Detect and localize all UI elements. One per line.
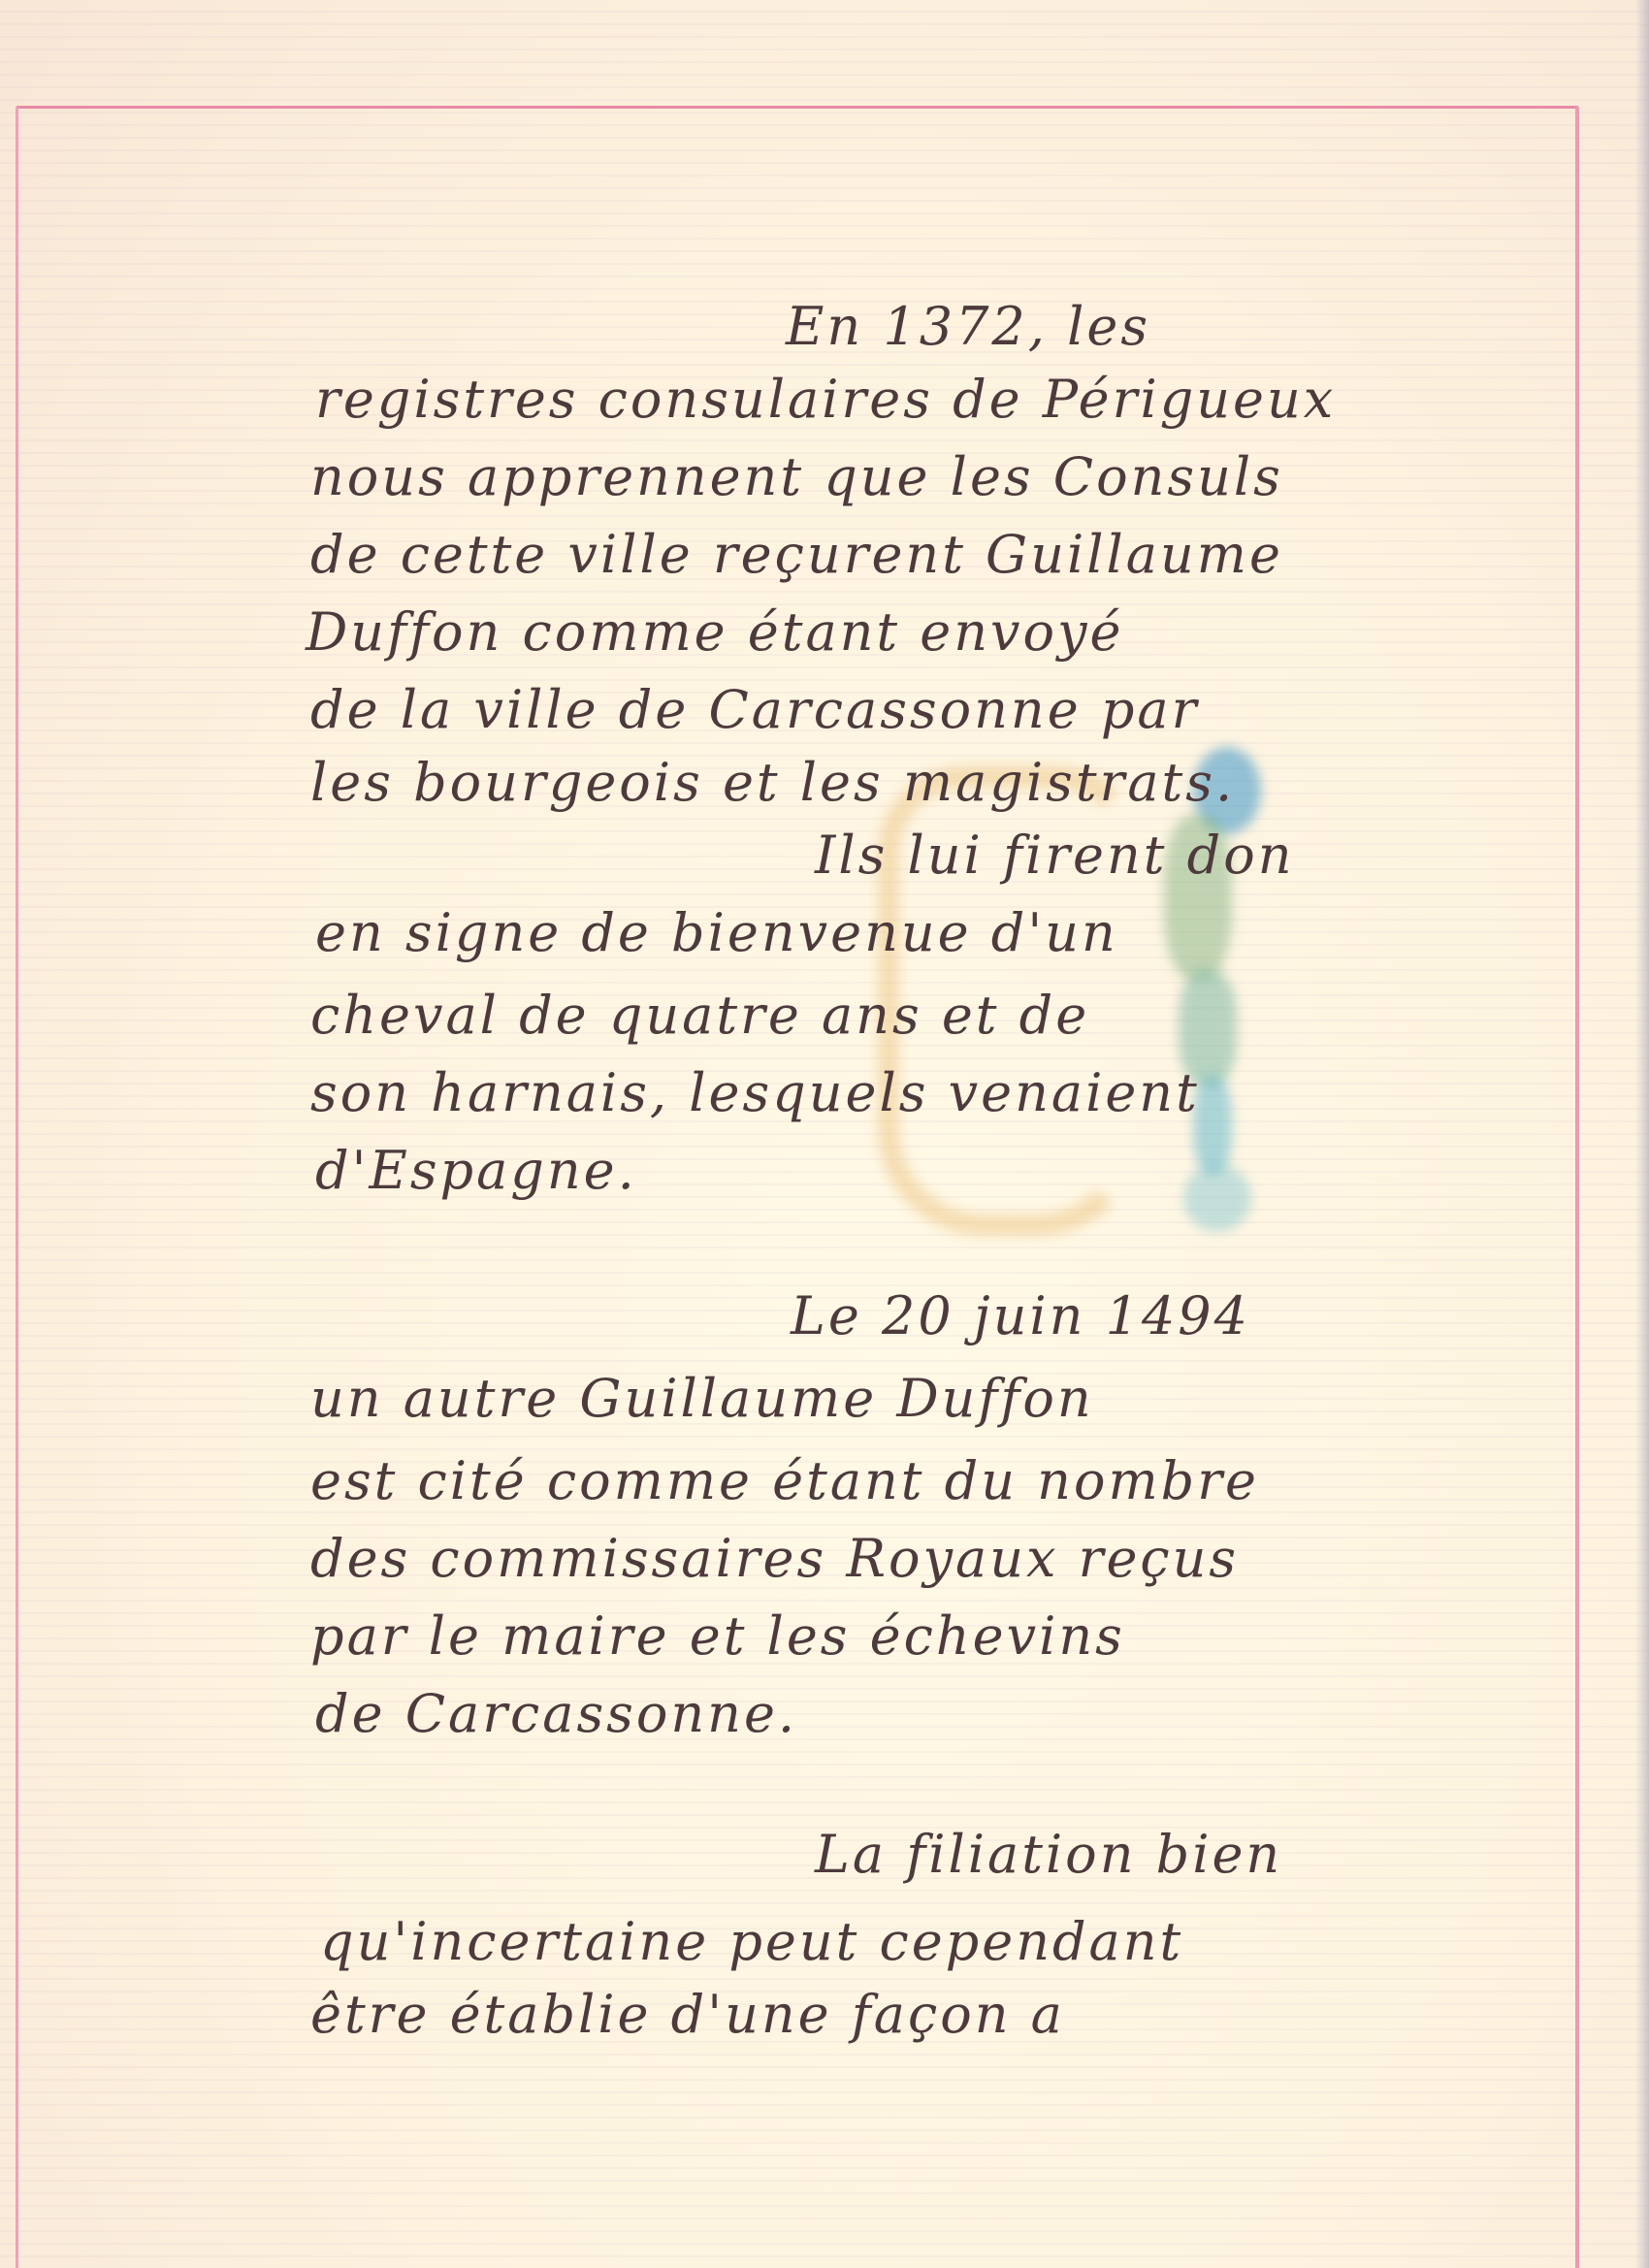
text-line: La filiation bien — [815, 1824, 1282, 1885]
text-line: son harnais, lesquels venaient — [310, 1062, 1200, 1123]
text-line: des commissaires Royaux reçus — [310, 1528, 1239, 1589]
text-line: Le 20 juin 1494 — [791, 1285, 1250, 1346]
text-line: un autre Guillaume Duffon — [310, 1368, 1094, 1429]
page-edge-shadow — [1635, 0, 1649, 2268]
text-line: nous apprennent que les Consuls — [310, 446, 1283, 507]
blue-ink-stain — [1183, 1164, 1251, 1232]
text-line: d'Espagne. — [315, 1140, 637, 1201]
top-margin-rule — [16, 106, 1578, 109]
text-line: registres consulaires de Périgueux — [315, 369, 1336, 430]
text-line: les bourgeois et les magistrats. — [310, 752, 1235, 813]
manuscript-page: En 1372, les registres consulaires de Pé… — [0, 0, 1649, 2268]
right-margin-rule — [1575, 107, 1579, 2268]
text-line: être établie d'une façon a — [310, 1984, 1065, 2045]
text-line: Ils lui firent don — [815, 825, 1295, 886]
text-line: est cité comme étant du nombre — [310, 1450, 1259, 1511]
left-margin-rule — [16, 107, 18, 2268]
text-line: de la ville de Carcassonne par — [310, 679, 1199, 740]
text-line: qu'incertaine peut cependant — [320, 1911, 1183, 1972]
text-line: cheval de quatre ans et de — [310, 985, 1089, 1046]
text-line: Duffon comme étant envoyé — [306, 601, 1124, 663]
text-line: par le maire et les échevins — [310, 1605, 1125, 1667]
text-line: de cette ville reçurent Guillaume — [310, 524, 1283, 585]
text-line: en signe de bienvenue d'un — [315, 902, 1118, 963]
text-line: En 1372, les — [786, 296, 1150, 357]
text-line: de Carcassonne. — [315, 1683, 797, 1744]
